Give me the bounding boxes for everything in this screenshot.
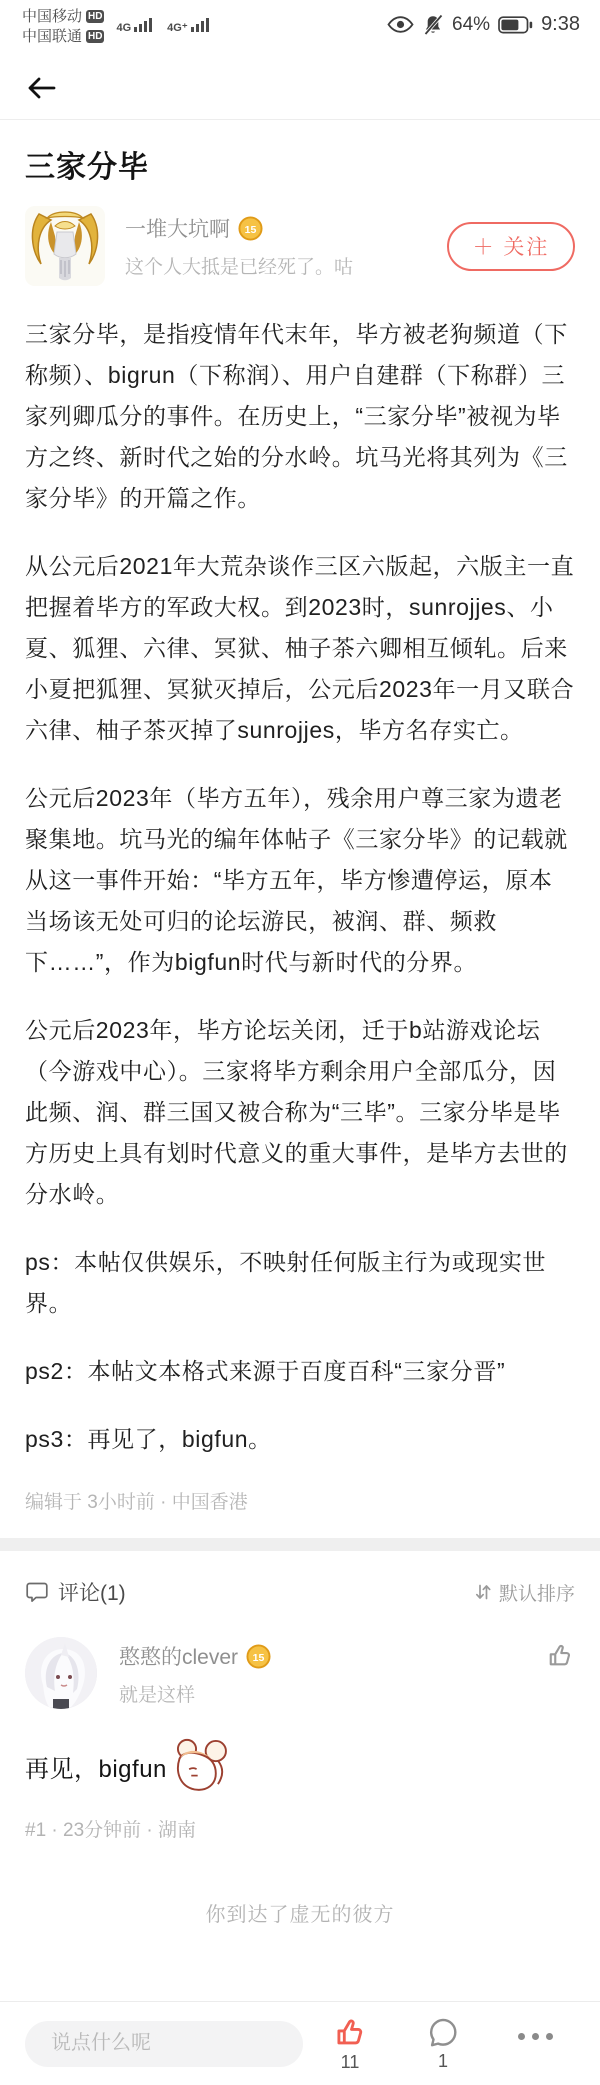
post-paragraph: 从公元后2021年大荒杂谈作三区六版起，六版主一直把握着毕方的军政大权。到202… <box>25 546 575 751</box>
network-type-2: 4G⁺ <box>167 23 187 33</box>
carrier-2-label: 中国联通 <box>22 27 82 46</box>
speech-bubble-icon <box>426 2016 460 2050</box>
svg-text:15: 15 <box>245 223 257 235</box>
carrier-2: 中国联通 HD <box>22 27 104 46</box>
level-badge-icon: 15 <box>246 1644 271 1669</box>
comments-count: 评论(1) <box>25 1577 126 1607</box>
dot-icon <box>518 2033 525 2040</box>
dot-icon <box>546 2033 553 2040</box>
follow-button[interactable]: ＋ 关注 <box>447 222 575 271</box>
comments-count-label: 评论(1) <box>58 1577 126 1607</box>
comment-item: 憨憨的clever 15 就是这样 再见，bigfun <box>0 1607 600 1842</box>
anime-girl-avatar-image <box>25 1637 97 1709</box>
post-content: 三家分毕，是指疫情年代末年，毕方被老狗频道（下称频）、bigrun（下称润）、用… <box>25 314 575 1460</box>
network-type-1: 4G <box>116 23 131 33</box>
comment-text: 再见，bigfun <box>25 1749 167 1784</box>
comment-bubble-icon <box>25 1581 49 1604</box>
more-options-button[interactable] <box>518 2033 553 2054</box>
battery-percent: 64% <box>452 14 490 36</box>
svg-text:15: 15 <box>253 1651 265 1663</box>
status-right: 64% 9:38 <box>387 7 580 36</box>
author-avatar[interactable] <box>25 206 105 286</box>
comment-like-button[interactable] <box>545 1637 575 1676</box>
golden-ornate-avatar-image <box>25 206 105 286</box>
commenter-bio: 就是这样 <box>119 1680 545 1707</box>
status-left: 中国移动 HD 中国联通 HD 4G 4G⁺ <box>22 7 212 46</box>
comment-input[interactable] <box>25 2021 303 2067</box>
thumbs-up-icon <box>545 1641 575 1671</box>
post-paragraph: ps2：本帖文本格式来源于百度百科“三家分晋” <box>25 1351 575 1392</box>
bottom-actions: 11 1 <box>303 2015 582 2073</box>
mute-bell-icon <box>422 14 444 36</box>
app-screen: 中国移动 HD 中国联通 HD 4G 4G⁺ <box>0 0 600 2085</box>
battery-icon <box>498 16 533 34</box>
hamster-sticker-icon <box>171 1737 235 1795</box>
comments-button[interactable]: 1 <box>426 2016 460 2072</box>
post-paragraph: 三家分毕，是指疫情年代末年，毕方被老狗频道（下称频）、bigrun（下称润）、用… <box>25 314 575 519</box>
hd-badge: HD <box>86 30 104 43</box>
post-paragraph: 公元后2023年，毕方论坛关闭，迁于b站游戏论坛（今游戏中心）。三家将毕方剩余用… <box>25 1010 575 1215</box>
nav-bar <box>0 56 600 120</box>
carrier-1-label: 中国移动 <box>22 7 82 26</box>
sort-label: 默认排序 <box>499 1579 575 1606</box>
back-button[interactable] <box>26 73 60 103</box>
hd-badge: HD <box>86 10 104 23</box>
commenter-avatar[interactable] <box>25 1637 97 1709</box>
carrier-1: 中国移动 HD <box>22 7 104 26</box>
comment-head: 憨憨的clever 15 就是这样 <box>25 1637 575 1709</box>
author-bio: 这个人大抵是已经死了。咕 <box>125 252 447 279</box>
author-name[interactable]: 一堆大坑啊 <box>125 213 230 243</box>
level-badge-icon: 15 <box>238 216 263 241</box>
back-arrow-icon <box>26 75 56 101</box>
clock-time: 9:38 <box>541 13 580 36</box>
post-paragraph: ps：本帖仅供娱乐，不映射任何版主行为或现实世界。 <box>25 1242 575 1324</box>
commenter-info: 憨憨的clever 15 就是这样 <box>97 1637 545 1707</box>
author-row: 一堆大坑啊 15 这个人大抵是已经死了。咕 ＋ 关注 <box>25 206 575 286</box>
comment-count: 1 <box>438 2051 448 2072</box>
like-button[interactable]: 11 <box>332 2015 368 2073</box>
thumbs-up-icon <box>332 2015 368 2051</box>
edit-meta: 编辑于 3小时前 · 中国香港 <box>25 1487 575 1514</box>
comment-meta: #1 · 23分钟前 · 湖南 <box>25 1815 575 1842</box>
author-info: 一堆大坑啊 15 这个人大抵是已经死了。咕 <box>105 213 447 279</box>
sort-control[interactable]: 默认排序 <box>473 1579 575 1606</box>
signal-bars-icon <box>133 15 155 33</box>
post-paragraph: ps3：再见了，bigfun。 <box>25 1419 575 1460</box>
signal-group-2: 4G⁺ <box>167 15 211 39</box>
comment-body: 再见，bigfun <box>25 1737 575 1795</box>
signal-bars-icon <box>190 15 212 33</box>
dot-icon <box>532 2033 539 2040</box>
post-paragraph: 公元后2023年（毕方五年），残余用户尊三家为遗老聚集地。坑马光的编年体帖子《三… <box>25 778 575 983</box>
comments-header: 评论(1) 默认排序 <box>0 1551 600 1607</box>
page-title: 三家分毕 <box>25 142 575 186</box>
signal-group-1: 4G <box>116 15 155 39</box>
commenter-name[interactable]: 憨憨的clever <box>119 1641 238 1671</box>
section-divider <box>0 1538 600 1551</box>
eye-protection-icon <box>387 16 414 33</box>
end-of-list-text: 你到达了虚无的彼方 <box>0 1898 600 1927</box>
status-bar: 中国移动 HD 中国联通 HD 4G 4G⁺ <box>0 0 600 56</box>
bottom-bar: 11 1 <box>0 2001 600 2085</box>
sort-arrows-icon <box>473 1582 493 1602</box>
like-count: 11 <box>341 2052 360 2073</box>
